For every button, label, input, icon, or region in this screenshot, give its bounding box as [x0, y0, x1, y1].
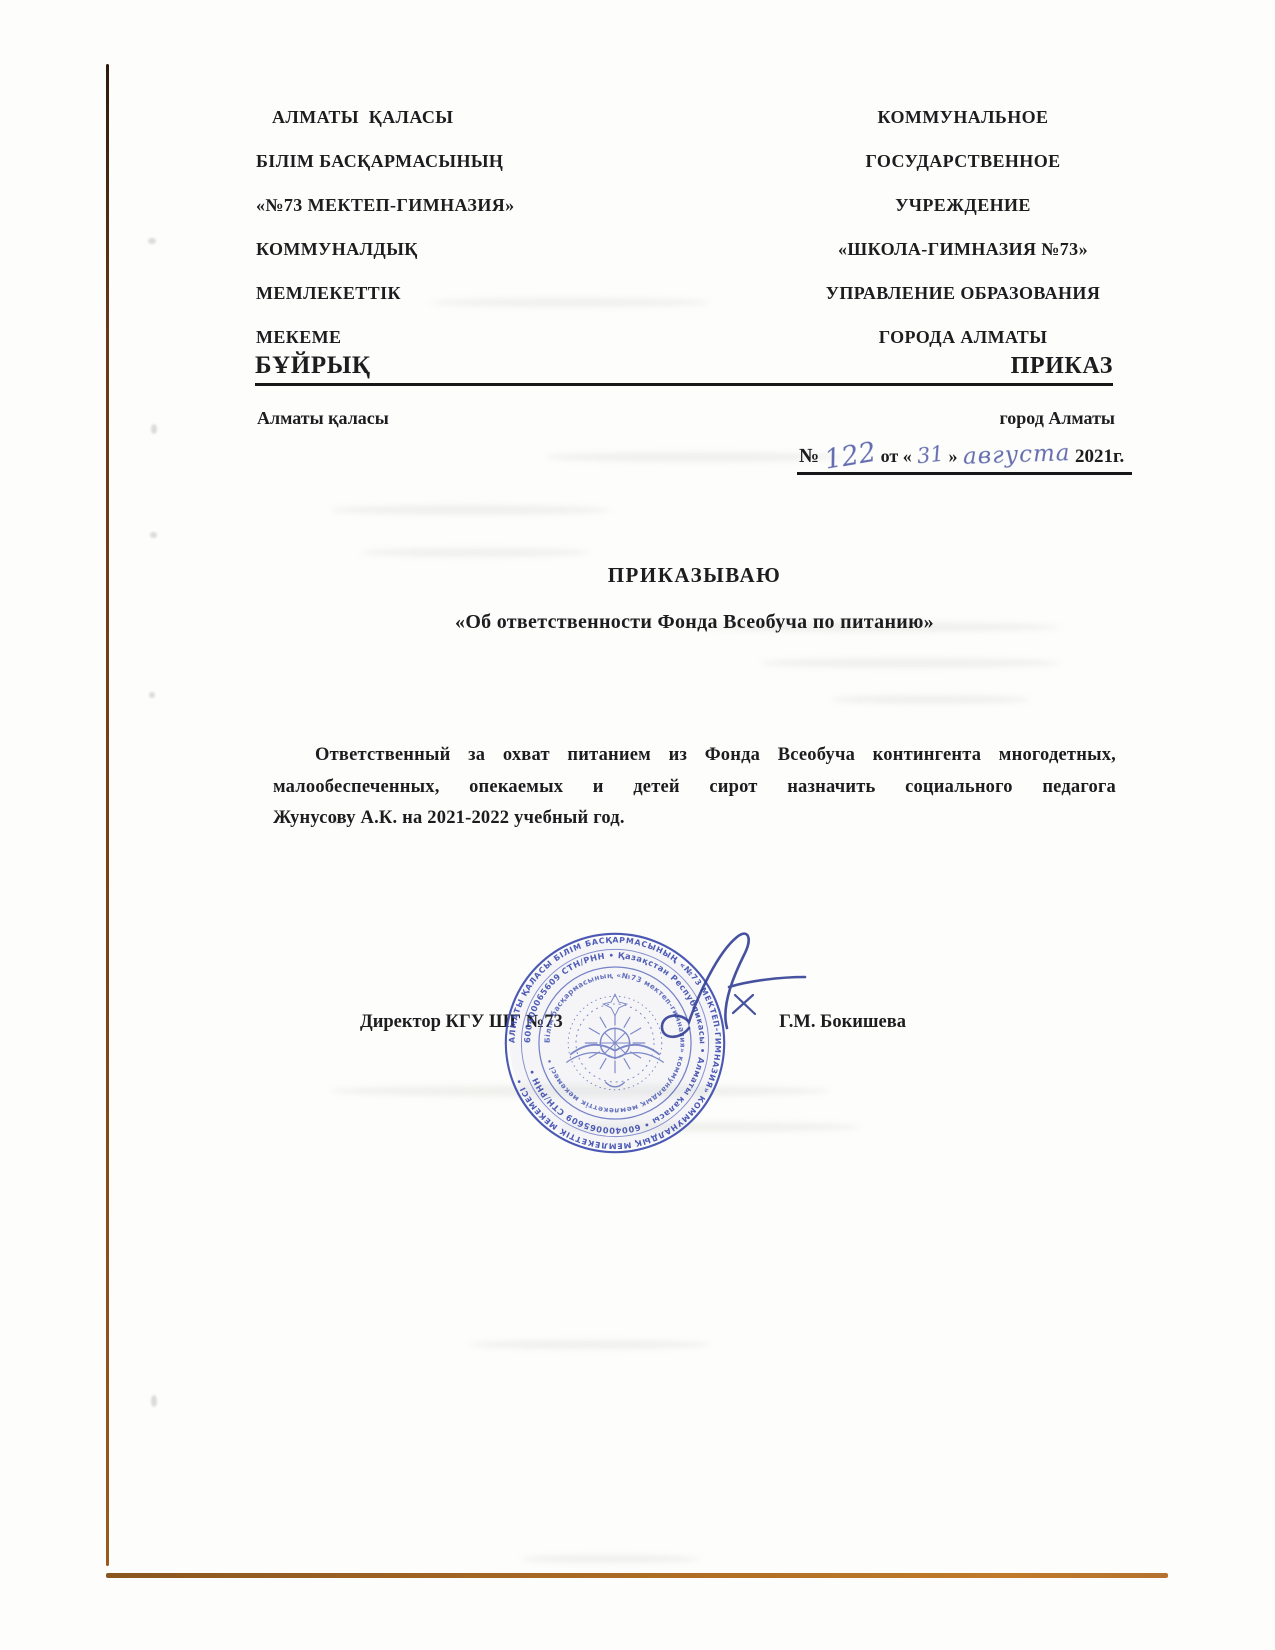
letterhead-line: ГОСУДАРСТВЕННОЕ [812, 139, 1114, 183]
letterhead-line: БІЛІМ БАСҚАРМАСЫНЫҢ [256, 139, 576, 183]
body-line: малообеспеченных, опекаемых и детей сиро… [273, 772, 1116, 804]
order-title-rule: БҰЙРЫҚ ПРИКАЗ [255, 352, 1113, 386]
number-sign: № [799, 445, 819, 468]
order-word-kazakh: БҰЙРЫҚ [255, 352, 371, 380]
body-line: Ответственный за охват питанием из Фонда… [273, 740, 1116, 772]
date-day-handwritten: 31 [916, 442, 945, 469]
date-year: 2021г. [1075, 446, 1124, 468]
letterhead-line: УЧРЕЖДЕНИЕ [812, 183, 1114, 227]
letterhead-line: «№73 МЕКТЕП-ГИМНАЗИЯ» [256, 183, 576, 227]
order-number-handwritten: 122 [822, 437, 878, 476]
order-number-line: № 122 от « 31 » августа 2021г. [797, 438, 1132, 475]
scan-edge-left [106, 64, 109, 1566]
quote-close: » [949, 446, 958, 467]
ot-label: от « [881, 446, 912, 467]
scan-edge-bottom [106, 1573, 1168, 1578]
body-line: Жунусову А.К. на 2021-2022 учебный год. [273, 803, 1116, 835]
command-word: ПРИКАЗЫВАЮ [273, 563, 1116, 588]
letterhead-line: МЕМЛЕКЕТТІК [256, 271, 576, 315]
letterhead-kazakh: АЛМАТЫ ҚАЛАСЫ БІЛІМ БАСҚАРМАСЫНЫҢ «№73 М… [256, 95, 576, 359]
place-russian: город Алматы [1000, 408, 1116, 429]
order-body: Ответственный за охват питанием из Фонда… [273, 740, 1116, 835]
order-word-russian: ПРИКАЗ [1011, 353, 1113, 380]
letterhead-line: КОММУНАЛДЫҚ [256, 227, 576, 271]
director-signature [645, 925, 815, 1055]
letterhead-line: УПРАВЛЕНИЕ ОБРАЗОВАНИЯ [812, 271, 1114, 315]
letterhead-line: КОММУНАЛЬНОЕ [812, 95, 1114, 139]
letterhead-russian: КОММУНАЛЬНОЕ ГОСУДАРСТВЕННОЕ УЧРЕЖДЕНИЕ … [812, 95, 1114, 359]
letterhead-line: АЛМАТЫ ҚАЛАСЫ [256, 95, 576, 139]
place-kazakh: Алматы қаласы [257, 408, 389, 429]
scanned-order-document: АЛМАТЫ ҚАЛАСЫ БІЛІМ БАСҚАРМАСЫНЫҢ «№73 М… [0, 0, 1275, 1650]
letterhead-line: «ШКОЛА-ГИМНАЗИЯ №73» [812, 227, 1114, 271]
place-row: Алматы қаласы город Алматы [257, 408, 1115, 429]
date-month-handwritten: августа [962, 440, 1070, 470]
order-subject: «Об ответственности Фонда Всеобуча по пи… [273, 611, 1116, 634]
